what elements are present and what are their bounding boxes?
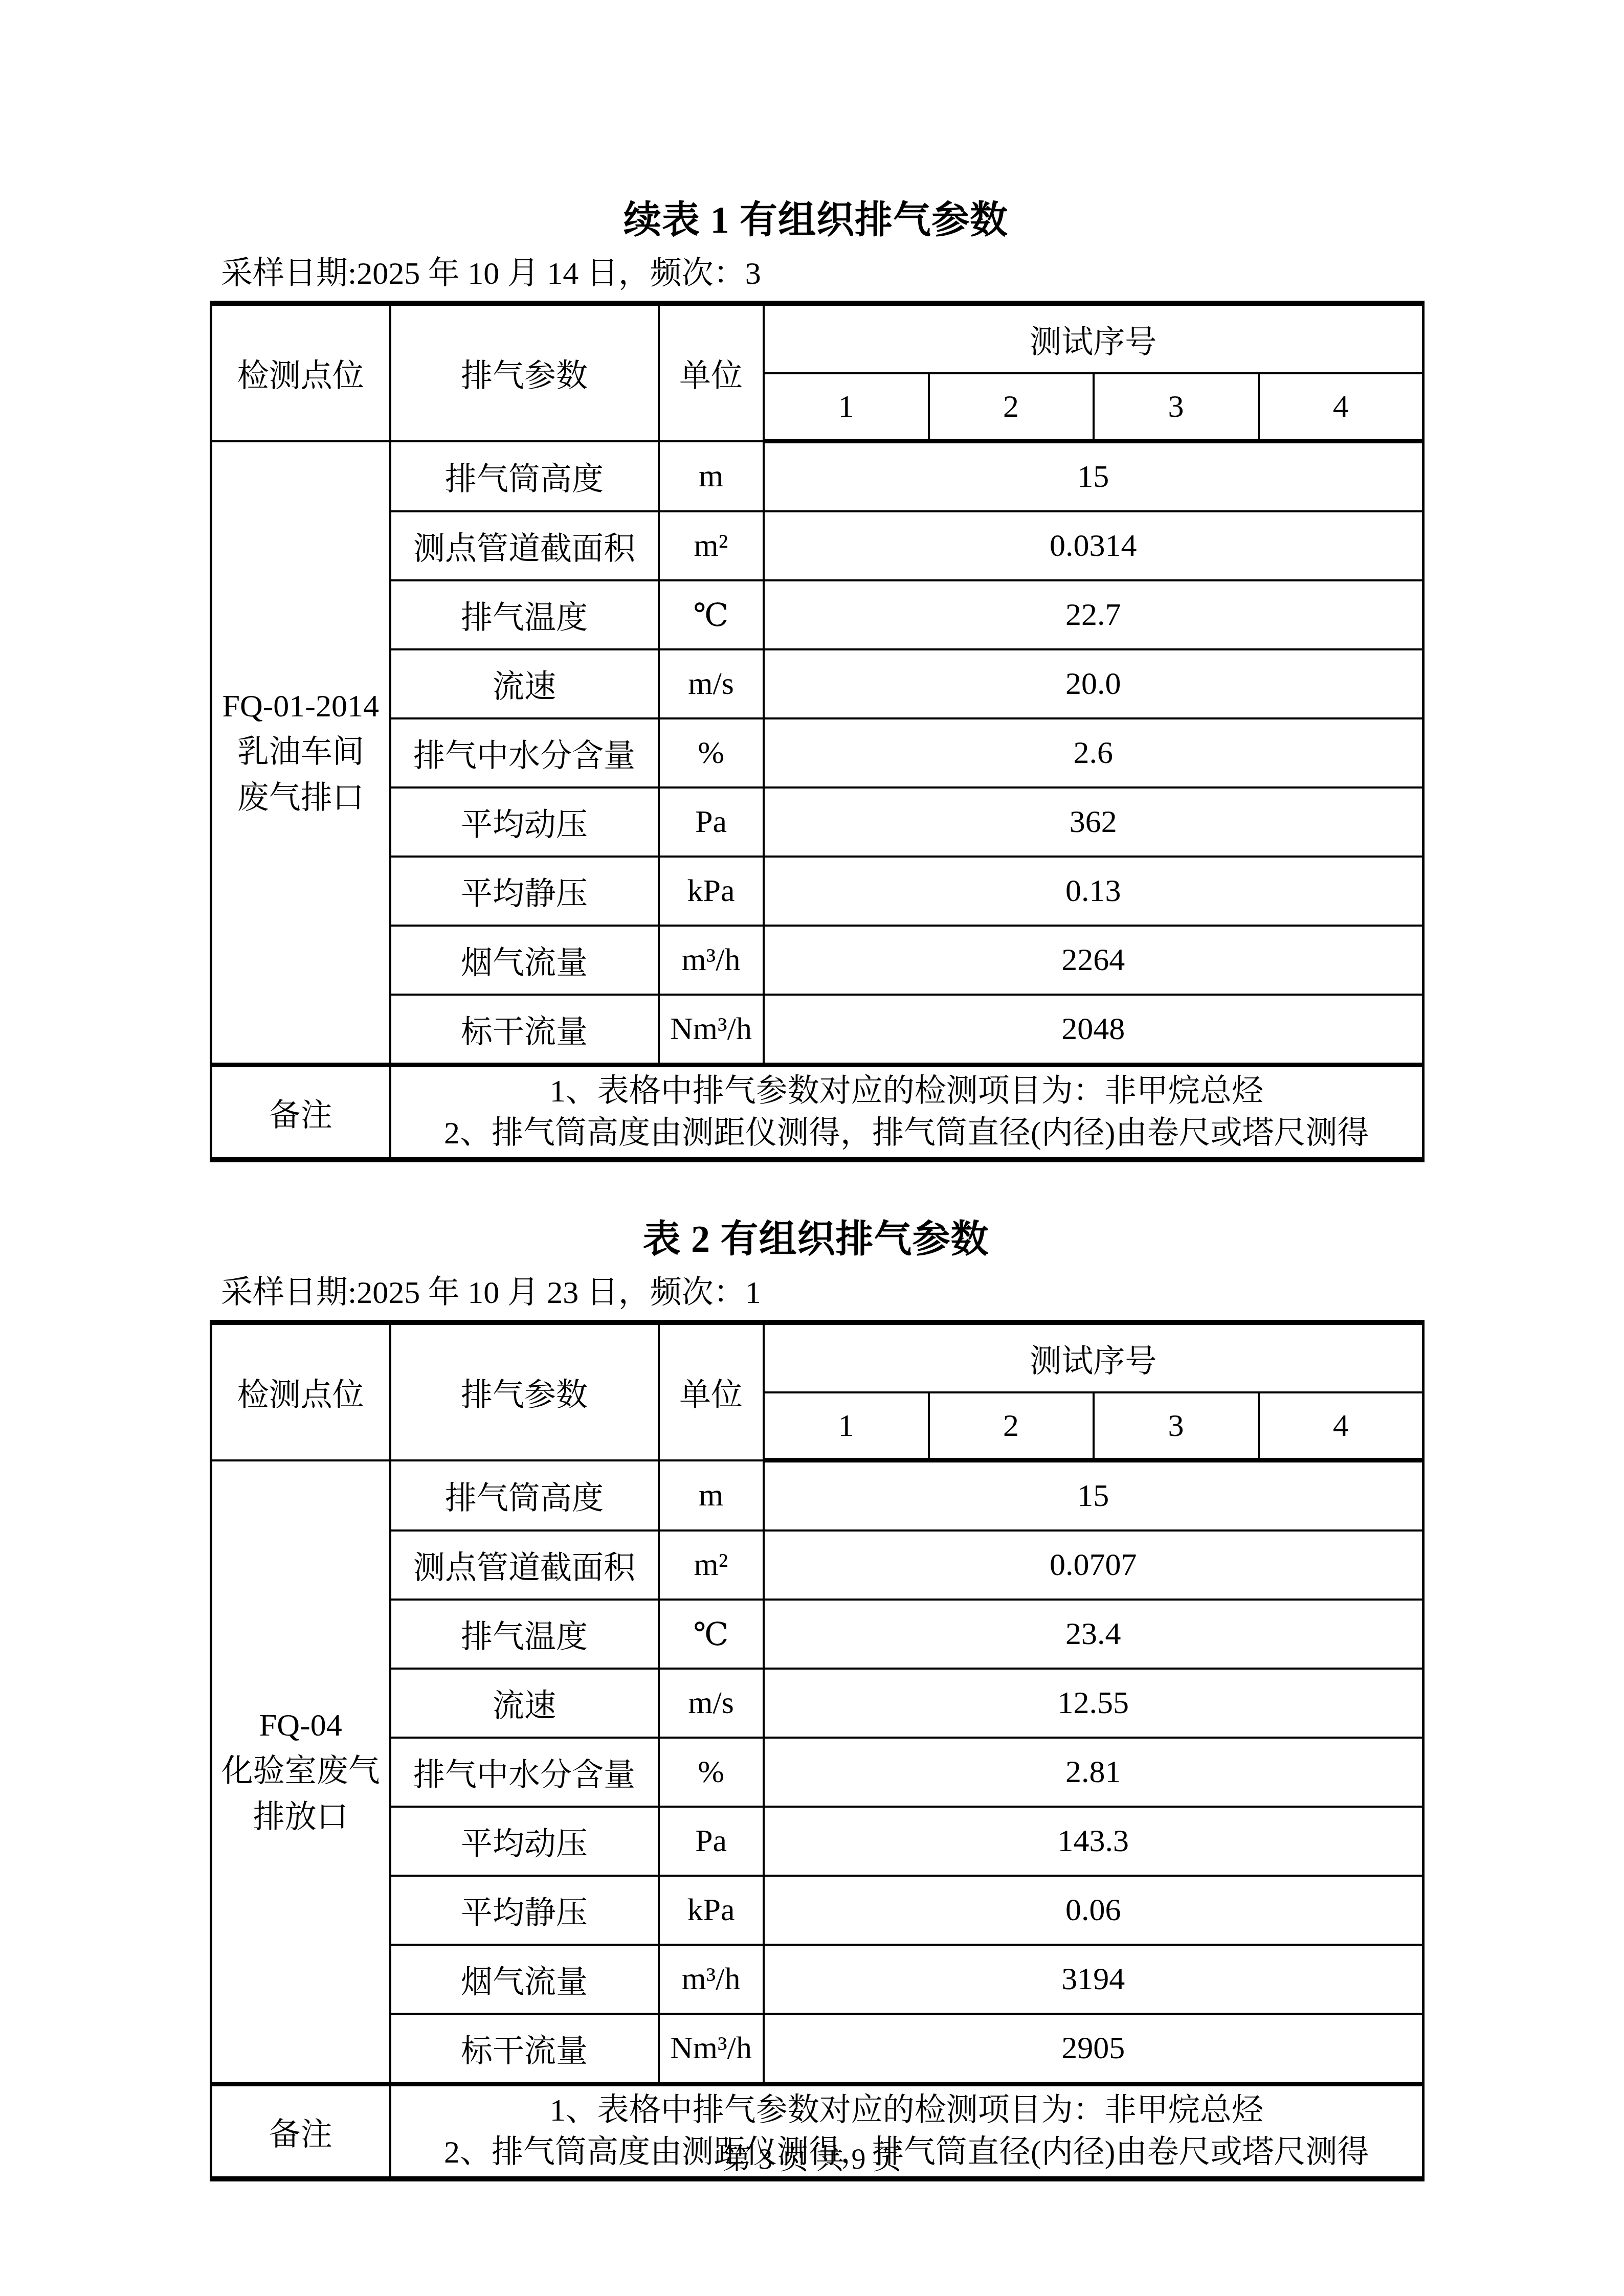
document-page: 续表 1 有组织排气参数 采样日期:2025 年 10 月 14 日，频次：3 … [0,0,1624,2296]
value-cell: 2905 [764,2014,1423,2084]
unit-cell: % [659,1738,764,1807]
value-cell: 23.4 [764,1600,1423,1669]
unit-cell: m/s [659,1669,764,1738]
parameter-row: 测点管道截面积m²0.0314 [211,511,1423,580]
parameter-row: 烟气流量m³/h3194 [211,1945,1423,2014]
parameter-name-cell: 排气筒高度 [390,441,659,512]
parameter-row: FQ-01-2014乳油车间废气排口排气筒高度m15 [211,441,1423,512]
unit-cell: Pa [659,787,764,857]
column-header-unit: 单位 [659,1322,764,1460]
parameter-name-cell: 排气中水分含量 [390,718,659,787]
unit-cell: m³/h [659,1945,764,2014]
parameter-row: 测点管道截面积m²0.0707 [211,1530,1423,1600]
exhaust-parameters-table-1: 检测点位 排气参数 单位 测试序号 1 2 3 4 FQ-01-2014乳油车间… [210,301,1425,1162]
monitoring-point-line: FQ-04 [212,1702,389,1748]
parameter-row: 排气温度℃23.4 [211,1600,1423,1669]
unit-cell: m/s [659,649,764,718]
parameter-row: FQ-04化验室废气排放口排气筒高度m15 [211,1460,1423,1531]
unit-cell: m² [659,511,764,580]
value-cell: 143.3 [764,1807,1423,1876]
value-cell: 15 [764,441,1423,512]
unit-cell: kPa [659,857,764,926]
test-number-cell: 4 [1259,1392,1423,1460]
parameter-name-cell: 测点管道截面积 [390,1530,659,1600]
unit-cell: Pa [659,1807,764,1876]
parameter-row: 平均动压Pa143.3 [211,1807,1423,1876]
unit-cell: ℃ [659,580,764,649]
exhaust-parameters-table-2: 检测点位 排气参数 单位 测试序号 1 2 3 4 FQ-04化验室废气排放口排… [210,1320,1425,2181]
unit-cell: m² [659,1530,764,1600]
parameter-row: 平均静压kPa0.13 [211,857,1423,926]
monitoring-point-cell: FQ-04化验室废气排放口 [211,1460,390,2084]
value-cell: 2048 [764,995,1423,1065]
column-header-point: 检测点位 [211,1322,390,1460]
parameter-name-cell: 标干流量 [390,995,659,1065]
value-cell: 2.6 [764,718,1423,787]
parameter-row: 烟气流量m³/h2264 [211,926,1423,995]
parameter-row: 流速m/s12.55 [211,1669,1423,1738]
parameter-name-cell: 流速 [390,1669,659,1738]
column-header-test-sequence: 测试序号 [764,303,1423,373]
test-number-cell: 2 [929,373,1094,441]
unit-cell: Nm³/h [659,2014,764,2084]
value-cell: 12.55 [764,1669,1423,1738]
parameter-name-cell: 平均静压 [390,1876,659,1945]
column-header-unit: 单位 [659,303,764,441]
parameter-row: 排气中水分含量%2.81 [211,1738,1423,1807]
unit-cell: ℃ [659,1600,764,1669]
unit-cell: Nm³/h [659,995,764,1065]
parameter-row: 排气温度℃22.7 [211,580,1423,649]
parameter-row: 流速m/s20.0 [211,649,1423,718]
table-block-2: 表 2 有组织排气参数 采样日期:2025 年 10 月 23 日，频次：1 检… [210,1162,1422,2181]
parameter-row: 平均动压Pa362 [211,787,1423,857]
monitoring-point-line: 废气排口 [212,775,389,821]
test-number-cell: 1 [764,1392,929,1460]
unit-cell: % [659,718,764,787]
table-2-title: 表 2 有组织排气参数 [210,1214,1422,1265]
parameter-row: 标干流量Nm³/h2048 [211,995,1423,1065]
monitoring-point-line: 化验室废气 [212,1748,389,1794]
test-number-cell: 3 [1094,373,1259,441]
value-cell: 0.13 [764,857,1423,926]
table-block-1: 续表 1 有组织排气参数 采样日期:2025 年 10 月 14 日，频次：3 … [210,0,1422,1162]
column-header-parameter: 排气参数 [390,303,659,441]
test-number-cell: 4 [1259,373,1423,441]
header-row-top: 检测点位 排气参数 单位 测试序号 [211,303,1423,373]
table-2-sample-info: 采样日期:2025 年 10 月 23 日，频次：1 [221,1273,1422,1313]
value-cell: 0.0707 [764,1530,1423,1600]
value-cell: 0.0314 [764,511,1423,580]
column-header-test-sequence: 测试序号 [764,1322,1423,1392]
unit-cell: m [659,1460,764,1531]
unit-cell: kPa [659,1876,764,1945]
page-footer: 第 3 页 共 9 页 [0,2136,1624,2177]
test-number-cell: 1 [764,373,929,441]
monitoring-point-line: 排放口 [212,1794,389,1840]
value-cell: 15 [764,1460,1423,1531]
parameter-row: 排气中水分含量%2.6 [211,718,1423,787]
table-1-sample-info: 采样日期:2025 年 10 月 14 日，频次：3 [221,254,1422,294]
parameter-name-cell: 平均动压 [390,1807,659,1876]
header-row-top: 检测点位 排气参数 单位 测试序号 [211,1322,1423,1392]
remark-row: 备注1、表格中排气参数对应的检测项目为：非甲烷总烃2、排气筒高度由测距仪测得，排… [211,1065,1423,1160]
unit-cell: m [659,441,764,512]
monitoring-point-line: FQ-01-2014 [212,683,389,729]
table-1-title: 续表 1 有组织排气参数 [210,195,1422,245]
unit-cell: m³/h [659,926,764,995]
parameter-name-cell: 烟气流量 [390,1945,659,2014]
value-cell: 2.81 [764,1738,1423,1807]
parameter-name-cell: 测点管道截面积 [390,511,659,580]
column-header-parameter: 排气参数 [390,1322,659,1460]
value-cell: 3194 [764,1945,1423,2014]
parameter-row: 平均静压kPa0.06 [211,1876,1423,1945]
parameter-name-cell: 排气温度 [390,580,659,649]
parameter-name-cell: 排气中水分含量 [390,1738,659,1807]
remark-label-cell: 备注 [211,1065,390,1160]
parameter-name-cell: 流速 [390,649,659,718]
value-cell: 20.0 [764,649,1423,718]
remark-text-cell: 1、表格中排气参数对应的检测项目为：非甲烷总烃2、排气筒高度由测距仪测得，排气筒… [390,1065,1423,1160]
test-number-cell: 3 [1094,1392,1259,1460]
value-cell: 2264 [764,926,1423,995]
remark-line: 2、排气筒高度由测距仪测得，排气筒直径(内径)由卷尺或塔尺测得 [391,1112,1422,1154]
value-cell: 22.7 [764,580,1423,649]
remark-line: 1、表格中排气参数对应的检测项目为：非甲烷总烃 [391,2089,1422,2131]
parameter-name-cell: 标干流量 [390,2014,659,2084]
parameter-name-cell: 排气温度 [390,1600,659,1669]
remark-line: 1、表格中排气参数对应的检测项目为：非甲烷总烃 [391,1070,1422,1112]
value-cell: 0.06 [764,1876,1423,1945]
monitoring-point-cell: FQ-01-2014乳油车间废气排口 [211,441,390,1065]
value-cell: 362 [764,787,1423,857]
parameter-name-cell: 平均静压 [390,857,659,926]
monitoring-point-line: 乳油车间 [212,729,389,775]
parameter-name-cell: 烟气流量 [390,926,659,995]
parameter-name-cell: 排气筒高度 [390,1460,659,1531]
parameter-row: 标干流量Nm³/h2905 [211,2014,1423,2084]
test-number-cell: 2 [929,1392,1094,1460]
parameter-name-cell: 平均动压 [390,787,659,857]
column-header-point: 检测点位 [211,303,390,441]
